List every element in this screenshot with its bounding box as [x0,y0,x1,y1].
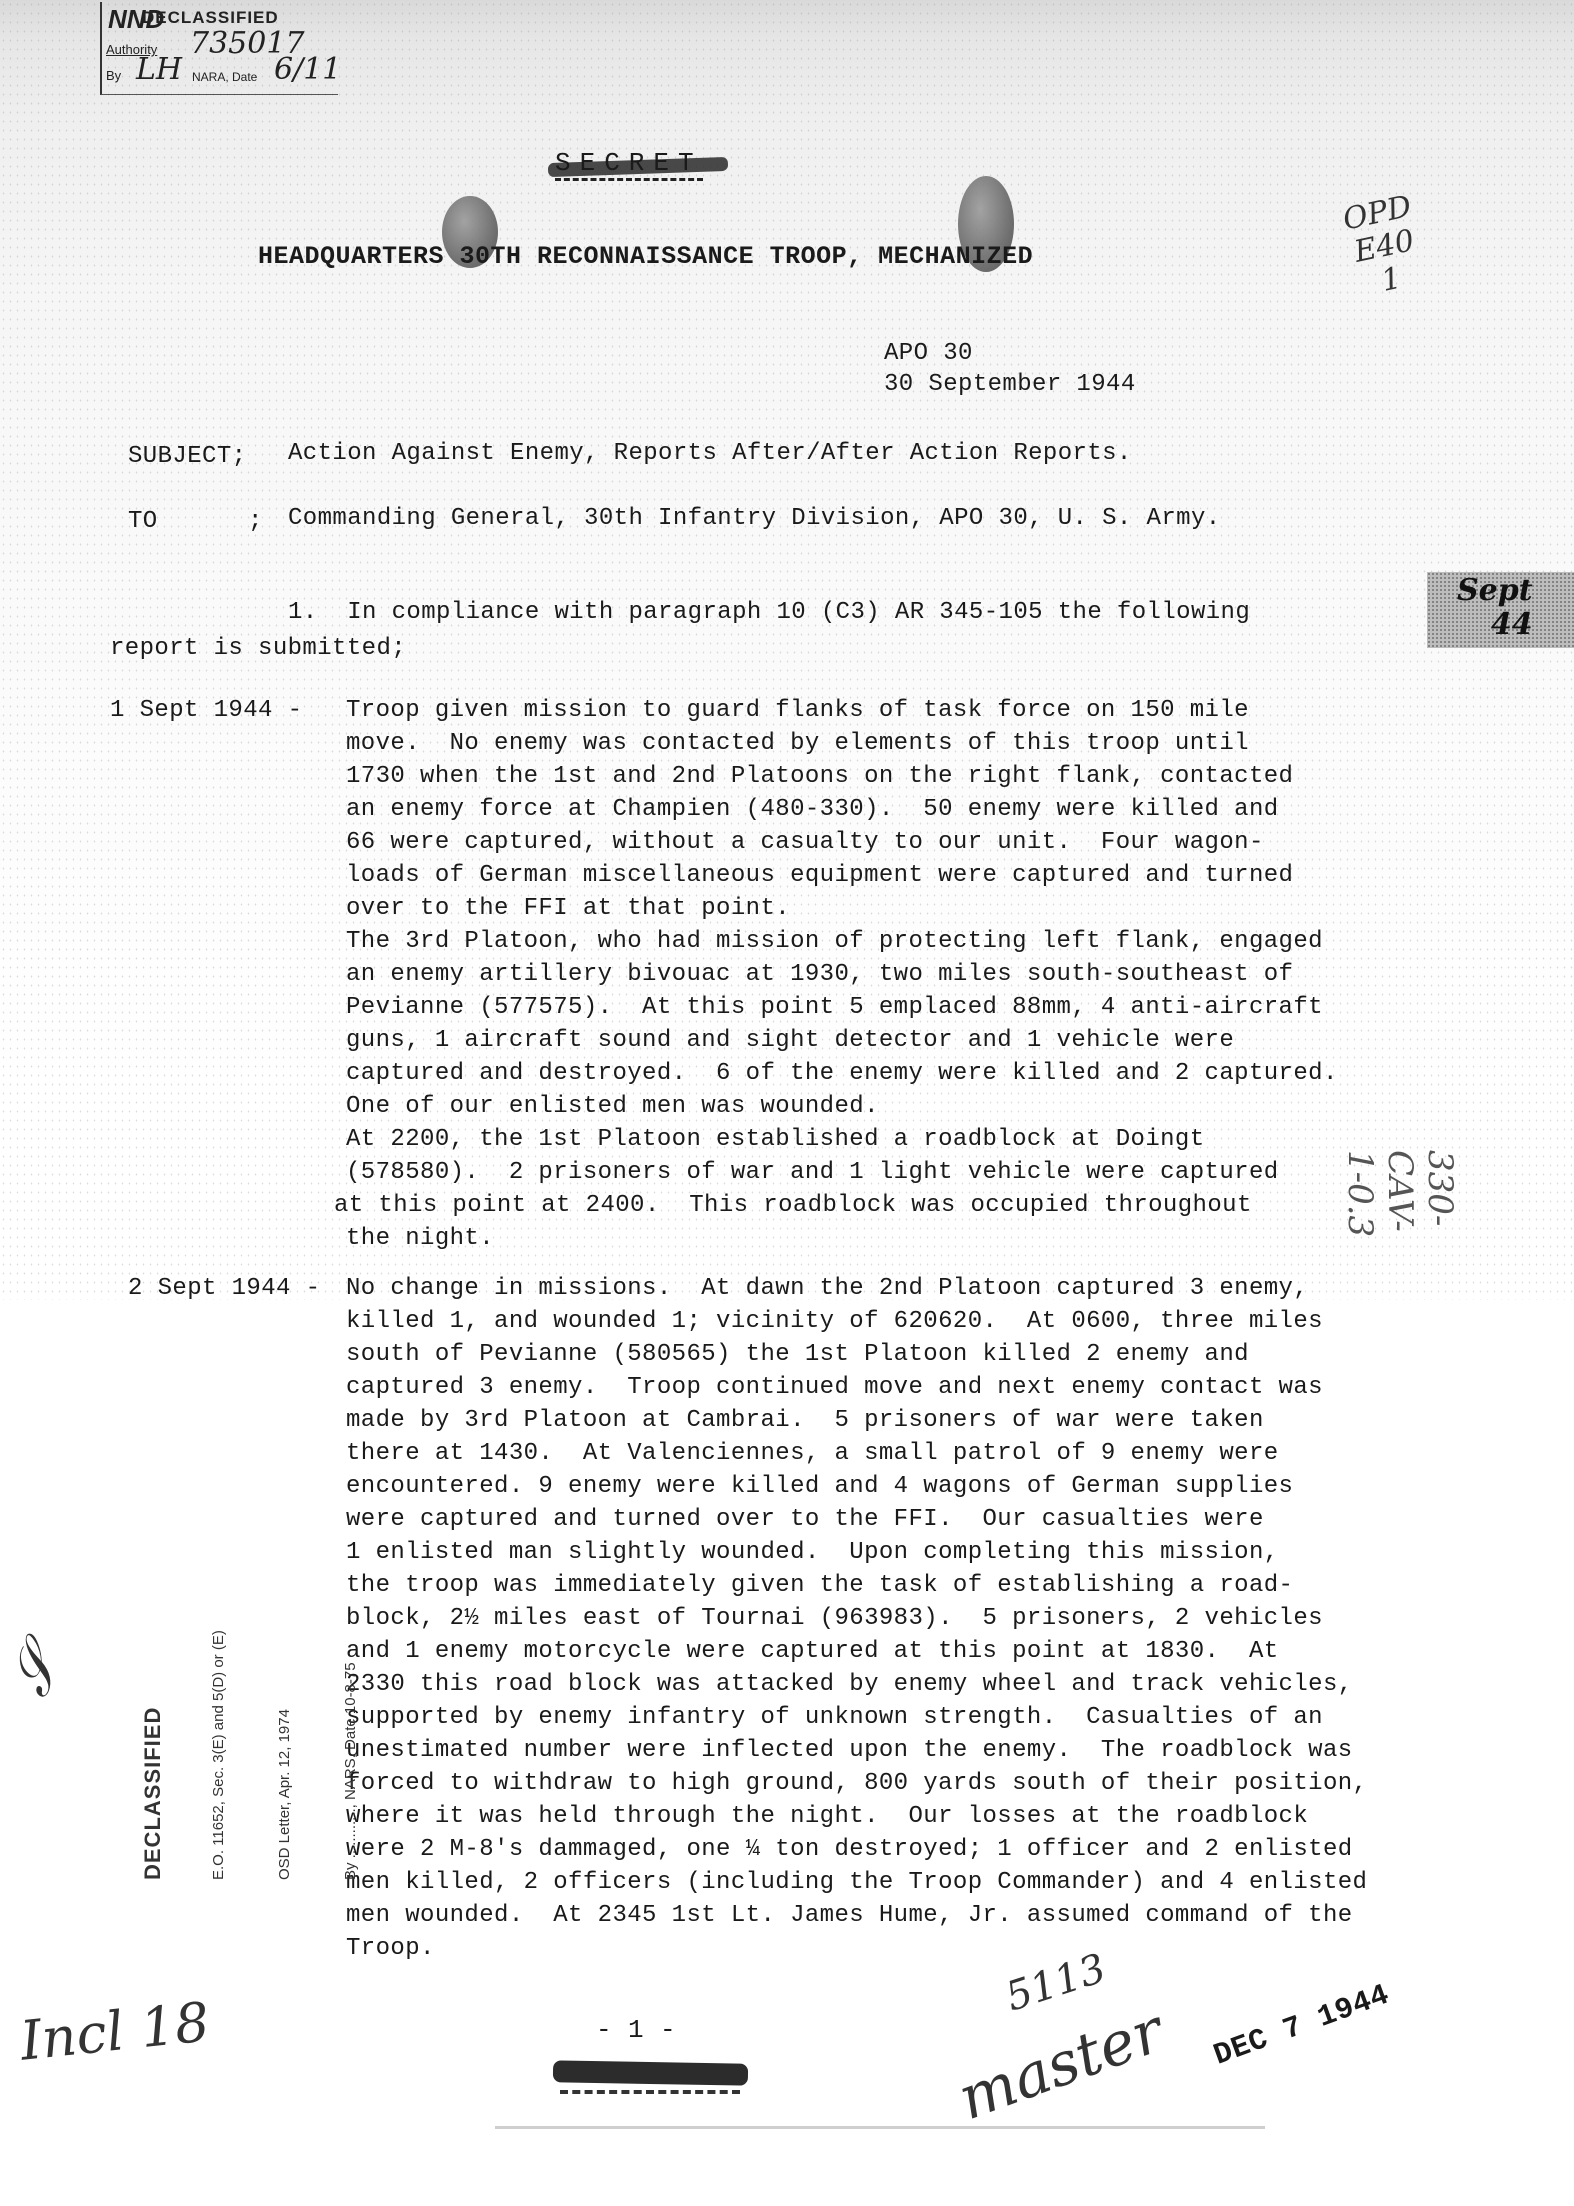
entry-line: captured and destroyed. 6 of the enemy w… [346,1057,1338,1090]
entry-line: and 1 enemy motorcycle were captured at … [346,1635,1367,1668]
entry-line: the troop was immediately given the task… [346,1569,1367,1602]
entry-line: were captured and turned over to the FFI… [346,1503,1367,1536]
entry-line: killed 1, and wounded 1; vicinity of 620… [346,1305,1367,1338]
entry-line: 66 were captured, without a casualty to … [346,826,1338,859]
entry-line: an enemy artillery bivouac at 1930, two … [346,958,1338,991]
entry-line: No change in missions. At dawn the 2nd P… [346,1272,1367,1305]
entry-line: forced to withdraw to high ground, 800 y… [346,1767,1367,1800]
handwritten-inclosure-note: Incl 18 [17,1990,212,2072]
entry-line: At 2200, the 1st Platoon established a r… [346,1123,1338,1156]
entry-line: men wounded. At 2345 1st Lt. James Hume,… [346,1899,1367,1932]
entry-line: where it was held through the night. Our… [346,1800,1367,1833]
entry-line: The 3rd Platoon, who had mission of prot… [346,925,1338,958]
stamp-initials: LH [136,52,182,87]
entry-date: 2 Sept 1944 - [128,1272,320,1305]
entry-line: Troop. [346,1932,1367,1965]
entry-line: 1 enlisted man slightly wounded. Upon co… [346,1536,1367,1569]
entry-line: were 2 M-8's dammaged, one ¼ ton destroy… [346,1833,1367,1866]
sept-44-tab: Sept 44 [1427,572,1574,648]
entry-line: block, 2½ miles east of Tournai (963983)… [346,1602,1367,1635]
entry-line: Troop given mission to guard flanks of t… [346,694,1338,727]
entry-line: made by 3rd Platoon at Cambrai. 5 prison… [346,1404,1367,1437]
declassified-stamp: NND DECLASSIFIED 735017 Authority By LH … [100,2,338,95]
stamp-by-label: By [106,68,121,83]
apo-number: APO 30 [884,337,973,370]
entry-line: there at 1430. At Valenciennes, a small … [346,1437,1367,1470]
classification-marking: SECRET [555,148,703,181]
entry-line: men killed, 2 officers (including the Tr… [346,1866,1367,1899]
entry-body: Troop given mission to guard flanks of t… [346,694,1338,1255]
to-separator: ; [248,505,263,538]
bottom-classification-underline [560,2090,740,2094]
document-date: 30 September 1944 [884,368,1136,401]
entry-line: the night. [346,1222,1338,1255]
entry-line: unestimated number were inflected upon t… [346,1734,1367,1767]
entry-line: move. No enemy was contacted by elements… [346,727,1338,760]
entry-body: No change in missions. At dawn the 2nd P… [346,1272,1367,1965]
stamp-label: DECLASSIFIED [142,8,279,28]
entry-line: guns, 1 aircraft sound and sight detecto… [346,1024,1338,1057]
entry-line: encountered. 9 enemy were killed and 4 w… [346,1470,1367,1503]
entry-line: supported by enemy infantry of unknown s… [346,1701,1367,1734]
entry-line: 1730 when the 1st and 2nd Platoons on th… [346,760,1338,793]
subject-value: Action Against Enemy, Reports After/Afte… [288,437,1132,470]
entry-line: One of our enlisted men was wounded. [346,1090,1338,1123]
entry-line: an enemy force at Champien (480-330). 50… [346,793,1338,826]
stamp-nara-label: NARA, Date [192,70,257,84]
letterhead: HEADQUARTERS 30TH RECONNAISSANCE TROOP, … [258,242,1033,271]
entry-line: over to the FFI at that point. [346,892,1338,925]
side-declassified-stamp: DECLASSIFIED E.O. 11652, Sec. 3(E) and 5… [98,1630,406,1880]
entry-line: 2330 this road block was attacked by ene… [346,1668,1367,1701]
stamp-date: 6/11 [274,52,341,87]
entry-date: 1 Sept 1944 - [110,694,302,727]
scan-edge [495,2126,1265,2129]
entry-line: south of Pevianne (580565) the 1st Plato… [346,1338,1367,1371]
entry-line: loads of German miscellaneous equipment … [346,859,1338,892]
handwritten-file-code: OPD E40 1 [1340,190,1429,304]
to-label: TO [128,505,158,538]
handwritten-master: master [949,1996,1172,2134]
subject-label: SUBJECT; [128,440,246,473]
handwritten-file-number: 330-CAV-1-0.3 [1340,1150,1460,1264]
to-value: Commanding General, 30th Infantry Divisi… [288,502,1221,535]
entry-line: Pevianne (577575). At this point 5 empla… [346,991,1338,1024]
document-page: NND DECLASSIFIED 735017 Authority By LH … [0,0,1574,2206]
page-number: - 1 - [596,2014,676,2047]
intro-line-1: 1. In compliance with paragraph 10 (C3) … [288,596,1250,629]
entry-line: at this point at 2400. This roadblock wa… [334,1189,1338,1222]
bottom-classification-strikeout [553,2060,748,2085]
received-date-stamp: DEC 7 1944 [1210,1980,1394,2074]
handwritten-initials: 𝒮 [0,1641,74,1704]
entry-line: (578580). 2 prisoners of war and 1 light… [346,1156,1338,1189]
intro-line-2: report is submitted; [110,632,406,665]
entry-line: captured 3 enemy. Troop continued move a… [346,1371,1367,1404]
